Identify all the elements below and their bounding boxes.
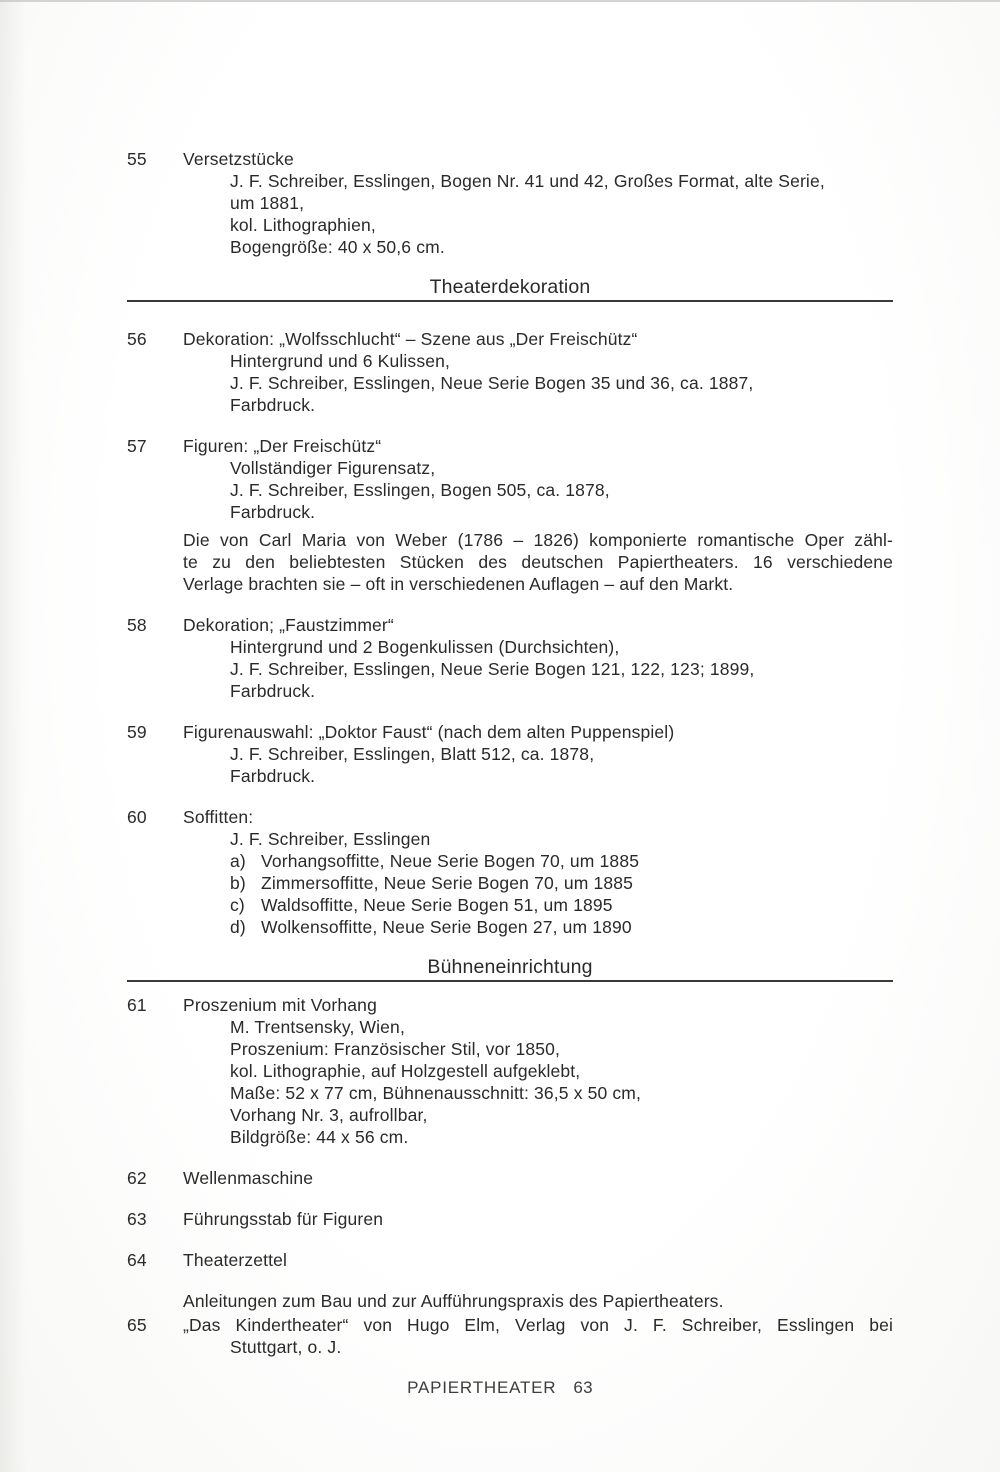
entry-body: Proszenium mit VorhangM. Trentsensky, Wi… <box>183 994 893 1148</box>
entry-detail: Bildgröße: 44 x 56 cm. <box>183 1126 893 1148</box>
entry-detail: Farbdruck. <box>183 501 893 523</box>
catalog-entry: 60Soffitten:J. F. Schreiber, Esslingena)… <box>127 806 893 938</box>
entry-body: Theaterzettel <box>183 1249 893 1271</box>
list-item-text: Waldsoffitte, Neue Serie Bogen 51, um 18… <box>261 894 613 916</box>
entry-title-line: „Das Kindertheater“ von Hugo Elm, Verlag… <box>183 1314 893 1336</box>
entry-detail: Bogengröße: 40 x 50,6 cm. <box>183 236 893 258</box>
entry-number: 63 <box>127 1208 183 1230</box>
list-marker: c) <box>230 894 261 916</box>
entry-title: Soffitten: <box>183 806 893 828</box>
entry-number: 56 <box>127 328 183 416</box>
entry-list-item: b)Zimmersoffitte, Neue Serie Bogen 70, u… <box>183 872 893 894</box>
entry-number: 57 <box>127 435 183 595</box>
catalog-entry: 65„Das Kindertheater“ von Hugo Elm, Verl… <box>127 1314 893 1358</box>
list-marker: d) <box>230 916 261 938</box>
entry-title: Proszenium mit Vorhang <box>183 994 893 1016</box>
entry-detail: Farbdruck. <box>183 765 893 787</box>
entry-detail: kol. Lithographie, auf Holzgestell aufge… <box>183 1060 893 1082</box>
catalog-content: 55VersetzstückeJ. F. Schreiber, Esslinge… <box>127 148 893 1358</box>
entry-detail: Hintergrund und 2 Bogenkulissen (Durchsi… <box>183 636 893 658</box>
list-marker: a) <box>230 850 261 872</box>
list-marker: b) <box>230 872 261 894</box>
entry-detail: Farbdruck. <box>183 680 893 702</box>
catalog-entry: 63Führungsstab für Figuren <box>127 1208 893 1230</box>
entry-body: VersetzstückeJ. F. Schreiber, Esslingen,… <box>183 148 893 258</box>
page-footer: PAPIERTHEATER63 <box>0 1378 1000 1398</box>
note-line: Verlage brachten sie – oft in verschiede… <box>183 573 893 595</box>
footer-page-number: 63 <box>573 1378 593 1397</box>
entry-title: Figurenauswahl: „Doktor Faust“ (nach dem… <box>183 721 893 743</box>
entry-number: 65 <box>127 1314 183 1358</box>
entry-title: Versetzstücke <box>183 148 893 170</box>
entry-detail: M. Trentsensky, Wien, <box>183 1016 893 1038</box>
intro-paragraph: Anleitungen zum Bau und zur Aufführungsp… <box>183 1290 893 1312</box>
entry-detail: J. F. Schreiber, Esslingen, Bogen 505, c… <box>183 479 893 501</box>
section-heading: Bühneneinrichtung <box>127 957 893 982</box>
entry-detail: kol. Lithographien, <box>183 214 893 236</box>
entry-title: Figuren: „Der Freischütz“ <box>183 435 893 457</box>
entry-body: Dekoration: „Wolfsschlucht“ – Szene aus … <box>183 328 893 416</box>
entry-number: 59 <box>127 721 183 787</box>
entry-body: „Das Kindertheater“ von Hugo Elm, Verlag… <box>183 1314 893 1358</box>
entry-body: Figuren: „Der Freischütz“Vollständiger F… <box>183 435 893 595</box>
footer-label: PAPIERTHEATER <box>407 1378 556 1397</box>
entry-detail: Hintergrund und 6 Kulissen, <box>183 350 893 372</box>
entry-number: 61 <box>127 994 183 1148</box>
entry-title: Theaterzettel <box>183 1249 893 1271</box>
entry-number: 58 <box>127 614 183 702</box>
entry-list-item: d)Wolkensoffitte, Neue Serie Bogen 27, u… <box>183 916 893 938</box>
entry-title: Führungsstab für Figuren <box>183 1208 893 1230</box>
entry-title: Wellenmaschine <box>183 1167 893 1189</box>
section-heading-text: Bühneneinrichtung <box>427 956 592 978</box>
entry-list-item: c)Waldsoffitte, Neue Serie Bogen 51, um … <box>183 894 893 916</box>
section-heading: Theaterdekoration <box>127 277 893 302</box>
catalog-entry: 62Wellenmaschine <box>127 1167 893 1189</box>
note-line: te zu den beliebtesten Stücken des deuts… <box>183 551 893 573</box>
note-line: Die von Carl Maria von Weber (1786 – 182… <box>183 529 893 551</box>
catalog-entry: 57Figuren: „Der Freischütz“Vollständiger… <box>127 435 893 595</box>
entry-detail: J. F. Schreiber, Esslingen, Bogen Nr. 41… <box>183 170 893 192</box>
section-heading-text: Theaterdekoration <box>430 276 591 298</box>
entry-note: Die von Carl Maria von Weber (1786 – 182… <box>183 529 893 595</box>
catalog-entry: 55VersetzstückeJ. F. Schreiber, Esslinge… <box>127 148 893 258</box>
entry-number: 64 <box>127 1249 183 1271</box>
entry-detail: J. F. Schreiber, Esslingen, Neue Serie B… <box>183 372 893 394</box>
entry-detail: Maße: 52 x 77 cm, Bühnenausschnitt: 36,5… <box>183 1082 893 1104</box>
entry-title: Dekoration; „Faustzimmer“ <box>183 614 893 636</box>
catalog-entry: 58Dekoration; „Faustzimmer“Hintergrund u… <box>127 614 893 702</box>
entry-list-item: a)Vorhangsoffitte, Neue Serie Bogen 70, … <box>183 850 893 872</box>
entry-detail: Vorhang Nr. 3, aufrollbar, <box>183 1104 893 1126</box>
scanned-page: 55VersetzstückeJ. F. Schreiber, Esslinge… <box>0 0 1000 1472</box>
catalog-entry: 59Figurenauswahl: „Doktor Faust“ (nach d… <box>127 721 893 787</box>
entry-body: Führungsstab für Figuren <box>183 1208 893 1230</box>
entry-detail: um 1881, <box>183 192 893 214</box>
entry-detail: J. F. Schreiber, Esslingen, Blatt 512, c… <box>183 743 893 765</box>
list-item-text: Zimmersoffitte, Neue Serie Bogen 70, um … <box>261 872 633 894</box>
entry-body: Dekoration; „Faustzimmer“Hintergrund und… <box>183 614 893 702</box>
catalog-entry: 56Dekoration: „Wolfsschlucht“ – Szene au… <box>127 328 893 416</box>
entry-detail: Farbdruck. <box>183 394 893 416</box>
entry-number: 60 <box>127 806 183 938</box>
entry-detail: Vollständiger Figurensatz, <box>183 457 893 479</box>
entry-title: Dekoration: „Wolfsschlucht“ – Szene aus … <box>183 328 893 350</box>
list-item-text: Wolkensoffitte, Neue Serie Bogen 27, um … <box>261 916 632 938</box>
entry-number: 55 <box>127 148 183 258</box>
entry-title-line: Stuttgart, o. J. <box>183 1336 893 1358</box>
entry-body: Soffitten:J. F. Schreiber, Esslingena)Vo… <box>183 806 893 938</box>
entry-body: Wellenmaschine <box>183 1167 893 1189</box>
catalog-entry: 61Proszenium mit VorhangM. Trentsensky, … <box>127 994 893 1148</box>
entry-detail: J. F. Schreiber, Esslingen <box>183 828 893 850</box>
catalog-entry: 64Theaterzettel <box>127 1249 893 1271</box>
entry-detail: J. F. Schreiber, Esslingen, Neue Serie B… <box>183 658 893 680</box>
list-item-text: Vorhangsoffitte, Neue Serie Bogen 70, um… <box>261 850 639 872</box>
entry-body: Figurenauswahl: „Doktor Faust“ (nach dem… <box>183 721 893 787</box>
entry-detail: Proszenium: Französischer Stil, vor 1850… <box>183 1038 893 1060</box>
entry-number: 62 <box>127 1167 183 1189</box>
